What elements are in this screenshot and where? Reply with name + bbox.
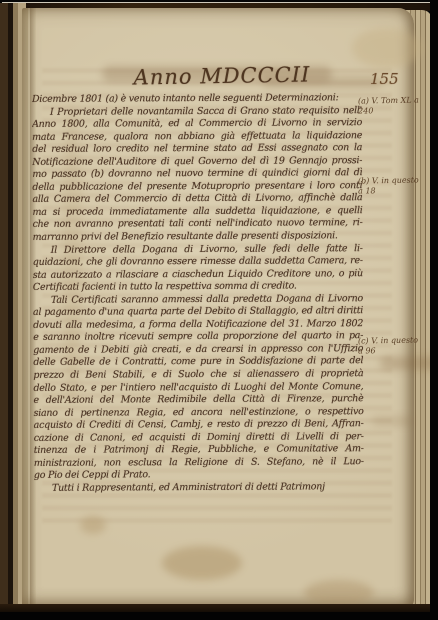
manuscript-line: sta autorizzato a rilasciare a ciaschedu…	[33, 268, 363, 282]
page-number: 155	[370, 70, 410, 88]
manuscript-line: Anno 1800, alla Comunità, ed al Commerci…	[32, 117, 362, 131]
margin-note-line: (a) V. Tom XL a	[358, 95, 422, 106]
margin-note-line: a 18	[358, 185, 422, 196]
page-stain	[162, 546, 242, 580]
page-title: Anno MDCCCII	[112, 62, 332, 90]
page-stain	[304, 580, 374, 606]
margin-note-line: (c) V. in questo	[358, 335, 422, 346]
page-stain	[352, 28, 422, 68]
manuscript-line: Tutti i Rappresentanti, ed Amministrator…	[34, 481, 364, 495]
manuscript-line: marranno privi del Benefizio resultante …	[33, 230, 363, 244]
margin-note-line: 240	[358, 105, 422, 116]
manuscript-line: prezzo di Beni Stabili, e di Suolo che s…	[33, 368, 363, 382]
margin-note-b: (b) V. in questo a 18	[358, 175, 422, 195]
manuscript-line: Dicembre 1801 (a) è venuto intanto nelle…	[32, 92, 362, 106]
margin-ink-smudge	[372, 416, 412, 426]
scan-background	[430, 0, 438, 620]
margin-note-line: (b) V. in questo	[358, 175, 422, 186]
manuscript-scan: Anno MDCCCII 155 Dicembre 1801 (a) è ven…	[0, 0, 438, 620]
margin-note-line: a 96	[358, 345, 422, 356]
margin-note-c: (c) V. in questo a 96	[358, 335, 422, 355]
page-stain	[80, 516, 106, 534]
manuscript-page: Anno MDCCCII 155 Dicembre 1801 (a) è ven…	[22, 8, 414, 608]
text-block: Dicembre 1801 (a) è venuto intanto nelle…	[32, 92, 364, 514]
manuscript-line: ministrazioni, non esclusa la Religione …	[34, 456, 364, 470]
scan-background	[0, 612, 438, 620]
margin-note-a: (a) V. Tom XL a 240	[358, 95, 422, 115]
